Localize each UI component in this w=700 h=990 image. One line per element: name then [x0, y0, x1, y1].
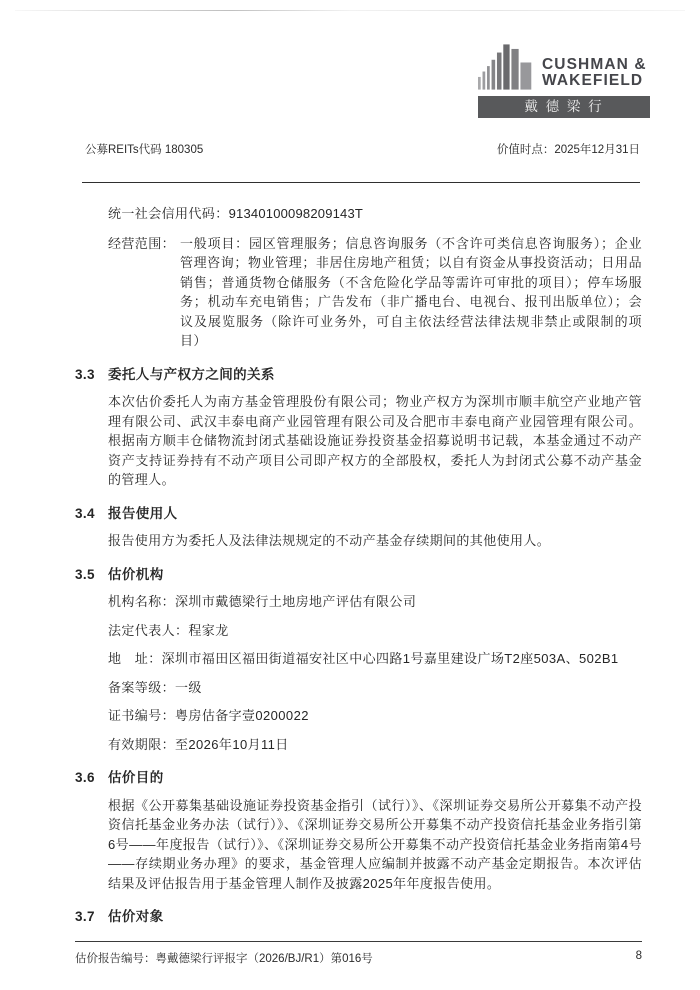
logo-top: CUSHMAN & WAKEFIELD — [478, 44, 650, 90]
certificate-number-row: 证书编号：粤房估备字壹0200022 — [108, 706, 642, 726]
brand-line-1: CUSHMAN & — [542, 57, 647, 74]
reits-code-label: 公募REITs代码 180305 — [85, 141, 203, 157]
footer-divider — [75, 941, 642, 942]
field-label: 证书编号： — [108, 708, 175, 723]
section-title: 估价机构 — [108, 565, 642, 585]
header-divider — [82, 182, 640, 183]
agency-name-row: 机构名称：深圳市戴德梁行土地房地产评估有限公司 — [108, 592, 642, 612]
section-3-7: 3.7 估价对象 — [75, 907, 642, 927]
building-bars-icon — [478, 44, 534, 90]
section-body: 报告使用方为委托人及法律法规规定的不动产基金存续期间的其他使用人。 — [108, 531, 642, 551]
credit-code-label: 统一社会信用代码： — [108, 206, 229, 221]
legal-representative-row: 法定代表人：程家龙 — [108, 621, 642, 641]
section-number: 3.3 — [75, 365, 108, 385]
brand-wordmark: CUSHMAN & WAKEFIELD — [542, 57, 647, 90]
validity-period-row: 有效期限：至2026年10月11日 — [108, 735, 642, 755]
section-title: 估价目的 — [108, 768, 642, 788]
section-title: 报告使用人 — [108, 504, 642, 524]
section-heading: 3.3 委托人与产权方之间的关系 — [75, 365, 642, 385]
field-value: 深圳市戴德梁行土地房地产评估有限公司 — [175, 594, 416, 609]
section-3-5: 3.5 估价机构 机构名称：深圳市戴德梁行土地房地产评估有限公司 法定代表人：程… — [75, 565, 642, 755]
document-footer: 估价报告编号：粤戴德梁行评报字（2026/BJ/R1）第016号 8 — [75, 950, 642, 966]
section-number: 3.5 — [75, 565, 108, 585]
section-number: 3.4 — [75, 504, 108, 524]
section-heading: 3.4 报告使用人 — [75, 504, 642, 524]
field-value: 一级 — [175, 680, 202, 695]
section-title: 估价对象 — [108, 907, 642, 927]
business-scope-row: 经营范围： 一般项目：园区管理服务；信息咨询服务（不含许可类信息咨询服务）；企业… — [108, 234, 642, 351]
section-heading: 3.5 估价机构 — [75, 565, 642, 585]
report-number: 估价报告编号：粤戴德梁行评报字（2026/BJ/R1）第016号 — [75, 950, 373, 966]
section-heading: 3.6 估价目的 — [75, 768, 642, 788]
address-row: 地 址：深圳市福田区福田街道福安社区中心四路1号嘉里建设广场T2座503A、50… — [108, 649, 642, 669]
valuation-date-label: 价值时点：2025年12月31日 — [497, 141, 640, 157]
section-number: 3.7 — [75, 907, 108, 927]
field-value: 粤房估备字壹0200022 — [175, 708, 309, 723]
document-header: 公募REITs代码 180305 价值时点：2025年12月31日 — [85, 141, 640, 157]
section-3-3: 3.3 委托人与产权方之间的关系 本次估价委托人为南方基金管理股份有限公司；物业… — [75, 365, 642, 490]
business-scope-value: 一般项目：园区管理服务；信息咨询服务（不含许可类信息咨询服务）；企业管理咨询；物… — [180, 234, 642, 351]
business-scope-label: 经营范围： — [108, 234, 180, 351]
field-label: 备案等级： — [108, 680, 175, 695]
section-title: 委托人与产权方之间的关系 — [108, 365, 642, 385]
brand-line-2: WAKEFIELD — [542, 73, 647, 90]
brand-chinese-band: 戴 德 梁 行 — [478, 96, 650, 118]
section-heading: 3.7 估价对象 — [75, 907, 642, 927]
filing-grade-row: 备案等级：一级 — [108, 678, 642, 698]
section-body: 本次估价委托人为南方基金管理股份有限公司；物业产权方为深圳市顺丰航空产业地产管理… — [108, 392, 642, 490]
field-value: 程家龙 — [188, 623, 228, 638]
section-3-4: 3.4 报告使用人 报告使用方为委托人及法律法规规定的不动产基金存续期间的其他使… — [75, 504, 642, 551]
section-body: 根据《公开募集基础设施证券投资基金指引（试行）》、《深圳证券交易所公开募集不动产… — [108, 796, 642, 894]
credit-code-value: 91340100098209143T — [229, 206, 363, 221]
field-label: 机构名称： — [108, 594, 175, 609]
field-label: 地 址： — [108, 651, 162, 666]
section-3-6: 3.6 估价目的 根据《公开募集基础设施证券投资基金指引（试行）》、《深圳证券交… — [75, 768, 642, 893]
report-page: CUSHMAN & WAKEFIELD 戴 德 梁 行 公募REITs代码 18… — [0, 0, 700, 990]
page-number: 8 — [636, 950, 642, 966]
section-number: 3.6 — [75, 768, 108, 788]
document-body: 统一社会信用代码：91340100098209143T 经营范围： 一般项目：园… — [75, 204, 642, 935]
field-label: 法定代表人： — [108, 623, 188, 638]
field-label: 有效期限： — [108, 737, 175, 752]
cushman-wakefield-logo: CUSHMAN & WAKEFIELD 戴 德 梁 行 — [478, 44, 650, 118]
field-value: 深圳市福田区福田街道福安社区中心四路1号嘉里建设广场T2座503A、502B1 — [162, 651, 619, 666]
field-value: 至2026年10月11日 — [175, 737, 289, 752]
scan-artifact-line — [15, 10, 685, 11]
credit-code-row: 统一社会信用代码：91340100098209143T — [108, 204, 642, 224]
